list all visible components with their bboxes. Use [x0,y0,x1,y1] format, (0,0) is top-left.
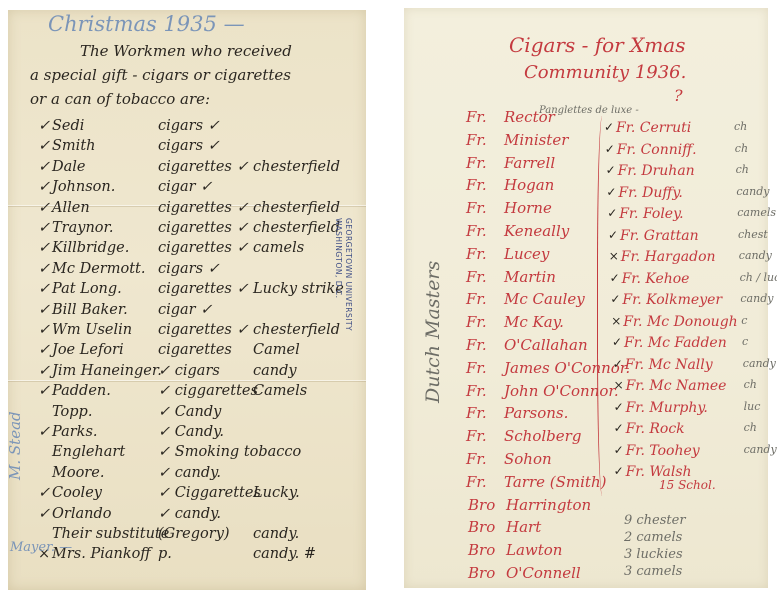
cigar-note: candy [739,249,772,262]
gift-type: ✓ Smoking tobacco [158,444,301,460]
title-prefix: Bro [468,564,495,582]
check-mark: ✓ [613,357,623,371]
right-document-page: Cigars - for Xmas Community 1936. ? Pang… [404,8,768,588]
check-mark: ✓ [38,261,50,277]
cigar-note: candy [744,443,777,456]
question-mark: ? [674,86,683,105]
workman-name: Johnson. [52,179,115,195]
priest-name: Hart [506,518,541,536]
georgetown-university-stamp: GEORGETOWN UNIVERSITY WASHINGTON, D.C. [331,218,353,348]
check-mark: ✓ [38,159,50,175]
gift-type: ✓ ciggarettes [158,383,258,399]
check-mark: ✓ [614,400,624,414]
title-prefix: Fr. [466,382,487,400]
paper-fold-line [8,380,366,381]
priest-name: Fr. Duffy. [618,185,682,201]
priest-name: Fr. Conniff. [617,142,697,158]
workman-name: Joe Lefori [52,342,124,358]
check-mark: ✓ [604,120,614,134]
workman-name: Englehart [52,444,125,460]
check-mark: ✓ [606,163,616,177]
priest-name: Lawton [506,541,562,559]
gift-type: cigarettes ✓ [158,322,249,338]
check-mark: ✓ [606,185,616,199]
left-document-page: Christmas 1935 — The Workmen who receive… [8,10,366,590]
gift-type: p. [158,546,172,562]
priest-name: Horne [504,199,552,217]
title-prefix: Fr. [466,222,487,240]
check-mark: ✓ [38,383,50,399]
gift-type: ✓ Candy. [158,424,224,440]
priest-name: Farrell [504,154,555,172]
priest-name: Fr. Mc Fadden [624,335,727,351]
cigar-note: candy [736,185,769,198]
cigar-note: ch [735,142,748,155]
check-mark: × [614,378,624,392]
gift-type: cigars ✓ [158,261,220,277]
check-mark: ✓ [38,200,50,216]
priest-name: Fr. Murphy. [626,400,708,416]
tally-line: 3 luckies [624,547,683,562]
priest-name: Fr. Foley. [619,206,683,222]
gift-type: ✓ Candy [158,404,221,420]
title-prefix: Bro [468,518,495,536]
gift-type: cigarettes ✓ [158,220,249,236]
check-mark: ✓ [614,421,624,435]
title-prefix: Fr. [466,359,487,377]
check-mark: ✓ [38,281,50,297]
cigar-note: luc [744,400,761,413]
cigar-note: ch / luc [740,271,777,284]
check-mark: ✓ [38,138,50,154]
check-mark: ✓ [38,424,50,440]
priest-name: Keneally [504,222,569,240]
workman-name: Padden. [52,383,111,399]
workman-name: Cooley [52,485,102,501]
check-mark: ✓ [610,271,620,285]
gift-type: cigars ✓ [158,138,220,154]
gift-type: ✓ candy. [158,465,221,481]
gift-type: cigars ✓ [158,118,220,134]
check-mark: ✓ [38,363,50,379]
title-prefix: Fr. [466,290,487,308]
title-prefix: Fr. [466,404,487,422]
workman-name: Sedi [52,118,84,134]
check-mark: ✓ [605,142,615,156]
gift-brand: chesterfield [253,322,340,338]
title-prefix: Fr. [466,450,487,468]
workman-name: Dale [52,159,86,175]
title-prefix: Fr. [466,199,487,217]
title-prefix: Fr. [466,176,487,194]
cigar-note: ch [734,120,747,133]
gift-brand: camels [253,240,304,256]
title-prefix: Fr. [466,427,487,445]
workman-name: Wm Uselin [52,322,132,338]
priest-name: Fr. Mc Donough [623,314,738,330]
mayer-note: Mayer. — [10,540,72,555]
gift-type: ✓ cigars [158,363,220,379]
workman-name: Traynor. [52,220,113,236]
check-mark: ✓ [608,228,618,242]
cigar-note: c [741,314,747,327]
priest-name: Mc Kay. [504,313,564,331]
cigar-note: c [742,335,748,348]
title-prefix: Fr. [466,473,487,491]
title-prefix: Bro [468,541,495,559]
priest-name: Lucey [504,245,549,263]
cigar-note: ch [736,163,749,176]
workman-name: Moore. [52,465,104,481]
intro-line: or a can of tobacco are: [30,90,210,108]
intro-line: The Workmen who received [80,42,292,60]
check-mark: ✓ [38,220,50,236]
cigar-note: chest [738,228,768,241]
check-mark: × [611,314,621,328]
priest-name: O'Callahan [504,336,588,354]
priest-name: Fr. Toohey [626,443,700,459]
workman-name: Pat Long. [52,281,122,297]
title-prefix: Fr. [466,154,487,172]
priest-name: Scholberg [504,427,581,445]
gift-brand: chesterfield [253,220,340,236]
title-prefix: Fr. [466,268,487,286]
intro-line: a special gift - cigars or cigarettes [30,66,291,84]
priest-name: Parsons. [504,404,568,422]
right-page-title: Cigars - for Xmas [509,33,685,57]
gift-type: cigarettes ✓ [158,240,249,256]
check-mark: ✓ [38,485,50,501]
priest-name: Fr. Mc Nally [625,357,713,373]
check-mark: ✓ [38,118,50,134]
priest-name: Fr. Cerruti [616,120,691,136]
workman-name: Jim Haneinger. [52,363,162,379]
cigar-note: candy [743,357,776,370]
check-mark: ✓ [38,302,50,318]
gift-brand: Camels [253,383,307,399]
title-prefix: Fr. [466,245,487,263]
left-page-title: Christmas 1935 — [48,12,245,36]
check-mark: × [609,249,619,263]
right-page-subtitle: Community 1936. [524,62,686,83]
tally-line: 3 camels [624,564,682,579]
title-prefix: Fr. [466,131,487,149]
priest-name: Fr. Druhan [618,163,695,179]
gift-type: cigarettes ✓ [158,159,249,175]
check-mark: ✓ [612,335,622,349]
check-mark: ✓ [38,506,50,522]
priest-name: James O'Connor. [504,359,630,377]
check-mark: ✓ [38,179,50,195]
gift-type: cigarettes [158,342,232,358]
gift-type: ✓ Ciggarettes [158,485,261,501]
priest-name: Fr. Kehoe [622,271,690,287]
gift-brand: chesterfield [253,200,340,216]
priest-name: Fr. Hargadon [621,249,716,265]
priest-name: Minister [504,131,568,149]
priest-name: Fr. Rock [626,421,685,437]
gift-brand: candy. # [253,546,316,562]
check-mark: ✓ [614,443,624,457]
gift-brand: chesterfield [253,159,340,175]
check-mark: ✓ [38,322,50,338]
priest-name: Harrington [506,496,591,514]
priest-name: O'Connell [506,564,581,582]
workman-name: Topp. [52,404,92,420]
check-mark: ✓ [38,240,50,256]
priest-name: Mc Cauley [504,290,585,308]
workman-name: Parks. [52,424,98,440]
school-note: 15 Schol. [659,478,716,492]
title-prefix: Fr. [466,108,487,126]
margin-note: M. Stead [6,411,24,480]
gift-brand: candy [253,363,297,379]
cigar-note: ch [744,378,757,391]
gift-type: cigar ✓ [158,302,212,318]
workman-name: Killbridge. [52,240,129,256]
workman-name: Allen [52,200,90,216]
gift-type: (Gregory) [158,526,230,542]
workman-name: Mc Dermott. [52,261,145,277]
gift-brand: Camel [253,342,300,358]
priest-name: Hogan [504,176,554,194]
priest-name: Fr. Grattan [620,228,699,244]
title-prefix: Fr. [466,336,487,354]
gift-brand: candy. [253,526,299,542]
workman-name: Smith [52,138,96,154]
priest-name: Martin [504,268,556,286]
gift-type: cigarettes ✓ [158,281,249,297]
priest-name: Fr. Kolkmeyer [622,292,722,308]
workman-name: Bill Baker. [52,302,128,318]
priest-name: Rector [504,108,555,126]
gift-type: ✓ candy. [158,506,221,522]
priest-name: Tarre (Smith) [504,473,606,491]
tally-line: 2 camels [624,530,682,545]
check-mark: ✓ [38,342,50,358]
tally-line: 9 chester [624,513,686,528]
workman-name: Orlando [52,506,111,522]
title-prefix: Bro [468,496,495,514]
cigar-note: candy [740,292,773,305]
check-mark: ✓ [607,206,617,220]
gift-type: cigarettes ✓ [158,200,249,216]
cigar-note: ch [744,421,757,434]
dutch-masters-note: Dutch Masters [422,261,444,403]
priest-name: Sohon [504,450,552,468]
cigar-note: camels [737,206,776,219]
priest-name: Fr. Mc Namee [626,378,727,394]
check-mark: ✓ [614,464,624,478]
check-mark: ✓ [610,292,620,306]
gift-type: cigar ✓ [158,179,212,195]
title-prefix: Fr. [466,313,487,331]
gift-brand: Lucky. [253,485,300,501]
